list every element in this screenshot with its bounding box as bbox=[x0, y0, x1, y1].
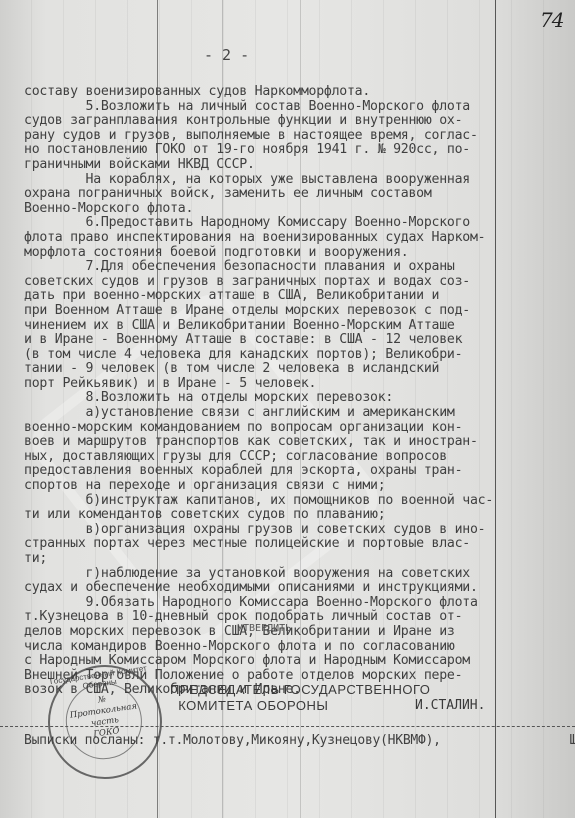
document-body: составу военизированных судов Наркомморф… bbox=[24, 85, 564, 698]
text-line: воев и маршрутов транспортов как советск… bbox=[24, 435, 564, 450]
text-line: судов загранплавания контрольные функции… bbox=[24, 114, 564, 129]
text-line: чинением их в США и Великобритании Военн… bbox=[24, 319, 564, 334]
scanned-document-page: 74 - 2 - составу военизированных судов Н… bbox=[0, 0, 575, 818]
text-line: при Военном Атташе в Иране отделы морски… bbox=[24, 304, 564, 319]
text-line: охрана пограничных войск, заменить ее ли… bbox=[24, 187, 564, 202]
text-line: морфлота состояния боевой подготовки и в… bbox=[24, 246, 564, 261]
text-line: ных, доставляющих грузы для СССР; соглас… bbox=[24, 450, 564, 465]
text-line: флота право инспектирования на военизиро… bbox=[24, 231, 564, 246]
text-line: военно-морским командованием по вопросам… bbox=[24, 421, 564, 436]
text-line: ти или комендантов советских судов по пл… bbox=[24, 508, 564, 523]
text-line: судах и обеспечение необходимыми описани… bbox=[24, 581, 564, 596]
text-line: 7.Для обеспечения безопасности плавания … bbox=[24, 260, 564, 275]
text-line: числа командиров Военно-Морского флота и… bbox=[24, 640, 564, 655]
text-line: Военно-Морского флота. bbox=[24, 202, 564, 217]
distribution-line: Ширшову,Чадаеву - все; bbox=[441, 733, 575, 748]
signature-name: И.СТАЛИН. bbox=[415, 698, 485, 713]
overtype-approve: УТВЕРДИТЬ bbox=[237, 623, 291, 634]
text-line: тании - 9 человек (в том числе 2 человек… bbox=[24, 362, 564, 377]
divider bbox=[0, 726, 575, 727]
text-line: 9.Обязать Народного Комиссара Военно-Мор… bbox=[24, 596, 564, 611]
text-line: предоставления военных кораблей для эско… bbox=[24, 464, 564, 479]
text-line: но постановлению ГОКО от 19-го ноября 19… bbox=[24, 143, 564, 158]
signature-title-line1: ПРЕДСЕДАТЕЛЬ ГОСУДАРСТВЕННОГО bbox=[170, 682, 430, 697]
text-line: г)наблюдение за установкой вооружения на… bbox=[24, 567, 564, 582]
distribution-line: Выписки посланы: т.т.Молотову,Микояну,Ку… bbox=[24, 733, 441, 748]
text-line: а)установление связи с английским и амер… bbox=[24, 406, 564, 421]
official-stamp: Государственный Комитет Обороны №Протоко… bbox=[41, 658, 170, 787]
text-line: рану судов и грузов, выполняемые в насто… bbox=[24, 129, 564, 144]
text-line: граничными войсками НКВД СССР. bbox=[24, 158, 564, 173]
text-line: б)инструктаж капитанов, их помощников по… bbox=[24, 494, 564, 509]
text-line: порт Рейкьявик) и в Иране - 5 человек. bbox=[24, 377, 564, 392]
text-line: ти; bbox=[24, 552, 564, 567]
text-line: в)организация охраны грузов и советских … bbox=[24, 523, 564, 538]
text-line: 8.Возложить на отделы морских перевозок: bbox=[24, 391, 564, 406]
text-line: советских судов и грузов в заграничных п… bbox=[24, 275, 564, 290]
text-line: составу военизированных судов Наркомморф… bbox=[24, 85, 564, 100]
signature-block: ПРЕДСЕДАТЕЛЬ ГОСУДАРСТВЕННОГО КОМИТЕТА О… bbox=[170, 682, 430, 714]
text-line: т.Кузнецова в 10-дневный срок подобрать … bbox=[24, 610, 564, 625]
text-line: и в Иране - Военному Атташе в составе: в… bbox=[24, 333, 564, 348]
text-line: делов морских перевозок в США, Великобри… bbox=[24, 625, 564, 640]
signature-title-line2: КОМИТЕТА ОБОРОНЫ bbox=[178, 698, 328, 713]
distribution-list: Выписки посланы: т.т.Молотову,Микояну,Ку… bbox=[24, 734, 564, 749]
text-line: спортов на переходе и организация связи … bbox=[24, 479, 564, 494]
text-line: 5.Возложить на личный состав Военно-Морс… bbox=[24, 100, 564, 115]
text-line: (в том числе 4 человека для канадских по… bbox=[24, 348, 564, 363]
page-number: - 2 - bbox=[204, 46, 249, 64]
text-line: дать при военно-морских атташе в США, Ве… bbox=[24, 289, 564, 304]
text-line: На кораблях, на которых уже выставлена в… bbox=[24, 173, 564, 188]
text-line: странных портах через местные полицейски… bbox=[24, 537, 564, 552]
text-line: 6.Предоставить Народному Комиссару Военн… bbox=[24, 216, 564, 231]
folio-number: 74 bbox=[540, 8, 563, 32]
